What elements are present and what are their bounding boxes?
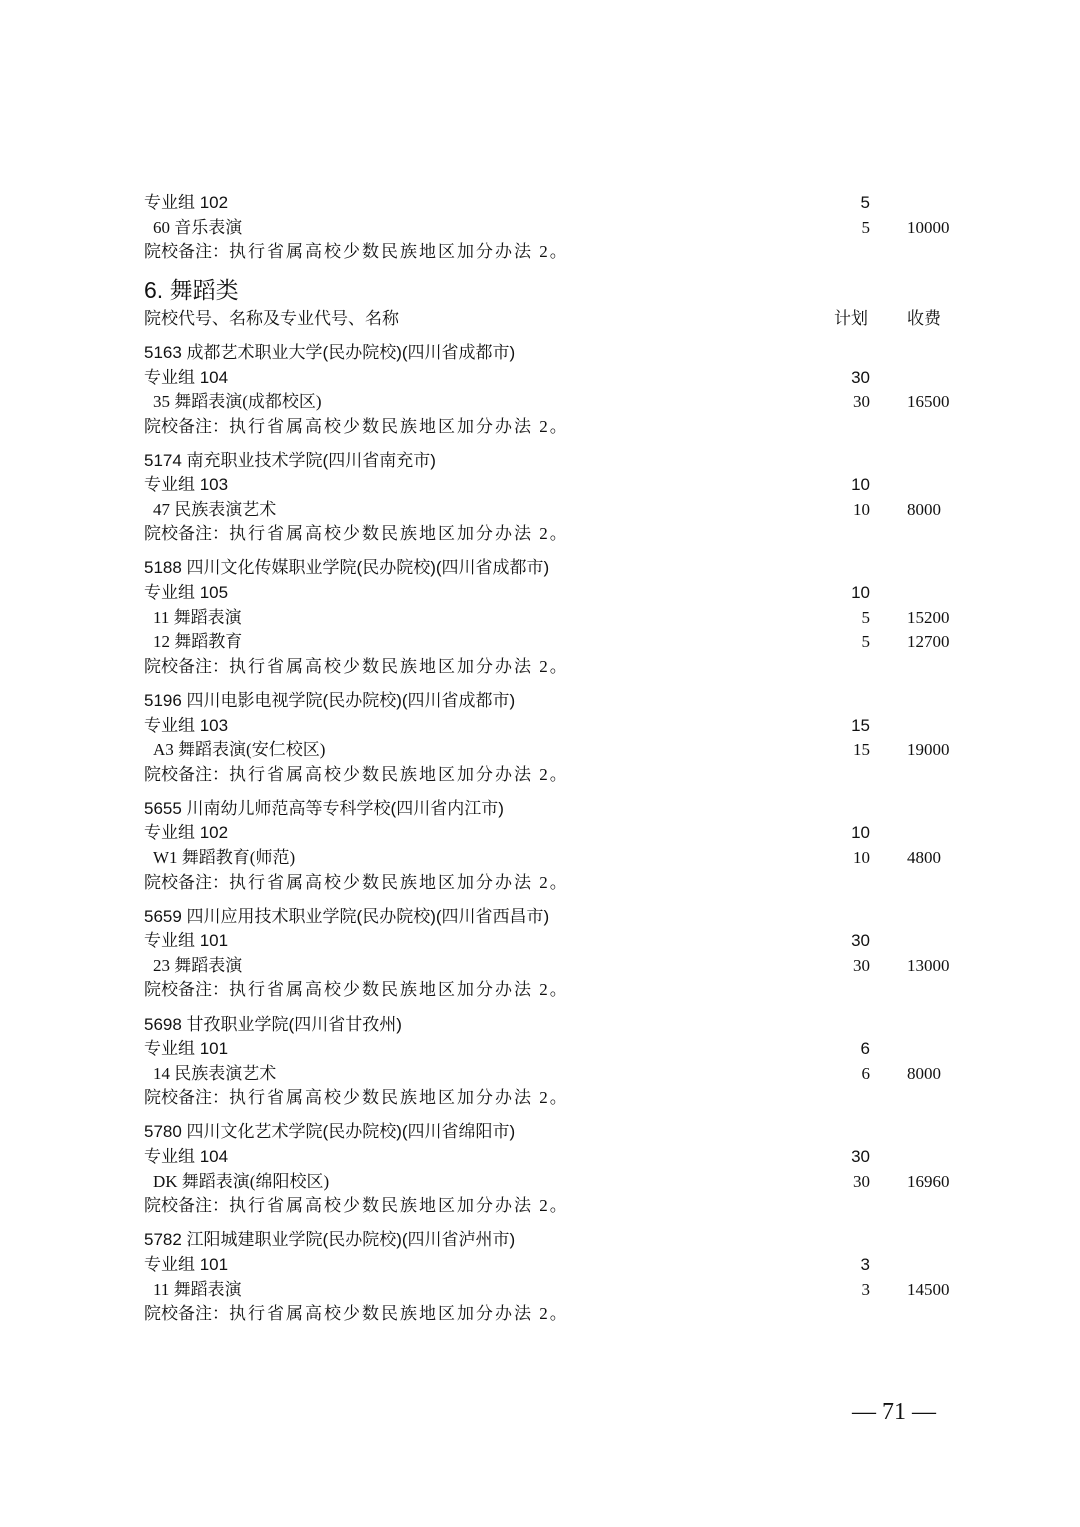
school-title: 5196 四川电影电视学院(民办院校)(四川省成都市) xyxy=(144,688,964,713)
school-title: 5780 四川文化艺术学院(民办院校)(四川省绵阳市) xyxy=(144,1119,964,1144)
major-plan: 3 xyxy=(862,1277,871,1302)
school-note: 院校备注：执行省属高校少数民族地区加分办法 2。 xyxy=(144,654,964,679)
major-row: A3 舞蹈表演(安仁校区) 15 19000 xyxy=(144,737,964,762)
column-header-name: 院校代号、名称及专业代号、名称 xyxy=(144,306,399,331)
note-label: 院校备注： xyxy=(144,417,229,436)
section-title: 6. 舞蹈类 xyxy=(144,275,239,305)
school-note: 院校备注：执行省属高校少数民族地区加分办法 2。 xyxy=(144,870,964,895)
group-plan: 5 xyxy=(861,190,870,215)
group-plan: 30 xyxy=(851,365,870,390)
major-label: 35 舞蹈表演(成都校区) xyxy=(153,389,322,414)
note-text: 执行省属高校少数民族地区加分办法 2。 xyxy=(229,524,569,543)
note-label: 院校备注： xyxy=(144,1088,229,1107)
group-label: 专业组 101 xyxy=(144,928,228,953)
major-fee: 13000 xyxy=(907,953,950,978)
group-plan: 3 xyxy=(861,1252,870,1277)
group-row: 专业组 101 6 xyxy=(144,1036,964,1061)
group-row: 专业组 103 10 xyxy=(144,472,964,497)
school-note: 院校备注：执行省属高校少数民族地区加分办法 2。 xyxy=(144,977,964,1002)
column-header-plan: 计划 xyxy=(834,306,868,331)
major-plan: 6 xyxy=(862,1061,871,1086)
group-label: 专业组 102 xyxy=(144,820,228,845)
major-plan: 30 xyxy=(853,953,870,978)
major-fee: 16960 xyxy=(907,1169,950,1194)
note-text: 执行省属高校少数民族地区加分办法 2。 xyxy=(229,1088,569,1107)
note-label: 院校备注： xyxy=(144,980,229,999)
group-row: 专业组 101 30 xyxy=(144,928,964,953)
major-label: 12 舞蹈教育 xyxy=(153,629,242,654)
note-label: 院校备注： xyxy=(144,765,229,784)
major-row: 12 舞蹈教育 5 12700 xyxy=(144,629,964,654)
group-row: 专业组 102 10 xyxy=(144,820,964,845)
group-label: 专业组 104 xyxy=(144,365,228,390)
major-row: W1 舞蹈教育(师范) 10 4800 xyxy=(144,845,964,870)
group-row: 专业组 105 10 xyxy=(144,580,964,605)
note-label: 院校备注： xyxy=(144,524,229,543)
major-label: 23 舞蹈表演 xyxy=(153,953,242,978)
group-label: 专业组 104 xyxy=(144,1144,228,1169)
major-label: 60 音乐表演 xyxy=(153,215,242,240)
group-label: 专业组 103 xyxy=(144,713,228,738)
group-label: 专业组 101 xyxy=(144,1252,228,1277)
major-fee: 16500 xyxy=(907,389,950,414)
major-plan: 5 xyxy=(862,629,871,654)
school-note: 院校备注：执行省属高校少数民族地区加分办法 2。 xyxy=(144,521,964,546)
major-fee: 4800 xyxy=(907,845,941,870)
major-label: A3 舞蹈表演(安仁校区) xyxy=(153,737,325,762)
major-plan: 10 xyxy=(853,497,870,522)
note-text: 执行省属高校少数民族地区加分办法 2。 xyxy=(229,765,569,784)
major-label: 11 舞蹈表演 xyxy=(153,1277,242,1302)
school-note: 院校备注：执行省属高校少数民族地区加分办法 2。 xyxy=(144,1301,964,1326)
school-title: 5655 川南幼儿师范高等专科学校(四川省内江市) xyxy=(144,796,964,821)
major-label: 11 舞蹈表演 xyxy=(153,605,242,630)
note-text: 执行省属高校少数民族地区加分办法 2。 xyxy=(229,1196,569,1215)
note-label: 院校备注： xyxy=(144,1196,229,1215)
major-row: 35 舞蹈表演(成都校区) 30 16500 xyxy=(144,389,964,414)
major-row: 14 民族表演艺术 6 8000 xyxy=(144,1061,964,1086)
major-row: 60 音乐表演 5 10000 xyxy=(144,215,964,240)
group-plan: 30 xyxy=(851,928,870,953)
note-label: 院校备注： xyxy=(144,242,229,261)
school-title: 5188 四川文化传媒职业学院(民办院校)(四川省成都市) xyxy=(144,555,964,580)
school-note: 院校备注：执行省属高校少数民族地区加分办法 2。 xyxy=(144,762,964,787)
school-title: 5659 四川应用技术职业学院(民办院校)(四川省西昌市) xyxy=(144,904,964,929)
school-title: 5163 成都艺术职业大学(民办院校)(四川省成都市) xyxy=(144,340,964,365)
major-row: 11 舞蹈表演 3 14500 xyxy=(144,1277,964,1302)
major-row: 11 舞蹈表演 5 15200 xyxy=(144,605,964,630)
column-header-row: 院校代号、名称及专业代号、名称 计划 收费 xyxy=(144,306,964,331)
group-plan: 30 xyxy=(851,1144,870,1169)
major-plan: 30 xyxy=(853,1169,870,1194)
group-plan: 10 xyxy=(851,580,870,605)
group-row: 专业组 103 15 xyxy=(144,713,964,738)
school-note: 院校备注：执行省属高校少数民族地区加分办法 2。 xyxy=(144,414,964,439)
major-row: 47 民族表演艺术 10 8000 xyxy=(144,497,964,522)
note-text: 执行省属高校少数民族地区加分办法 2。 xyxy=(229,242,569,261)
major-fee: 12700 xyxy=(907,629,950,654)
note-label: 院校备注： xyxy=(144,1304,229,1323)
group-label: 专业组 105 xyxy=(144,580,228,605)
major-plan: 15 xyxy=(853,737,870,762)
school-note: 院校备注：执行省属高校少数民族地区加分办法 2。 xyxy=(144,1193,964,1218)
group-row: 专业组 104 30 xyxy=(144,1144,964,1169)
group-plan: 10 xyxy=(851,472,870,497)
major-plan: 5 xyxy=(862,215,871,240)
note-text: 执行省属高校少数民族地区加分办法 2。 xyxy=(229,873,569,892)
major-fee: 15200 xyxy=(907,605,950,630)
major-plan: 10 xyxy=(853,845,870,870)
group-row: 专业组 104 30 xyxy=(144,365,964,390)
group-plan: 6 xyxy=(861,1036,870,1061)
major-plan: 5 xyxy=(862,605,871,630)
group-label: 专业组 102 xyxy=(144,190,228,215)
note-text: 执行省属高校少数民族地区加分办法 2。 xyxy=(229,1304,569,1323)
major-row: 23 舞蹈表演 30 13000 xyxy=(144,953,964,978)
group-label: 专业组 103 xyxy=(144,472,228,497)
group-plan: 15 xyxy=(851,713,870,738)
major-label: DK 舞蹈表演(绵阳校区) xyxy=(153,1169,329,1194)
note-text: 执行省属高校少数民族地区加分办法 2。 xyxy=(229,657,569,676)
note-text: 执行省属高校少数民族地区加分办法 2。 xyxy=(229,980,569,999)
major-fee: 19000 xyxy=(907,737,950,762)
group-row: 专业组 101 3 xyxy=(144,1252,964,1277)
group-row: 专业组 102 5 xyxy=(144,190,964,215)
major-label: W1 舞蹈教育(师范) xyxy=(153,845,295,870)
document-page: 专业组 102 5 60 音乐表演 5 10000 院校备注：执行省属高校少数民… xyxy=(0,0,1080,1527)
note-text: 执行省属高校少数民族地区加分办法 2。 xyxy=(229,417,569,436)
school-title: 5174 南充职业技术学院(四川省南充市) xyxy=(144,448,964,473)
school-title: 5698 甘孜职业学院(四川省甘孜州) xyxy=(144,1012,964,1037)
group-label: 专业组 101 xyxy=(144,1036,228,1061)
school-note: 院校备注：执行省属高校少数民族地区加分办法 2。 xyxy=(144,239,964,264)
group-plan: 10 xyxy=(851,820,870,845)
major-fee: 14500 xyxy=(907,1277,950,1302)
note-label: 院校备注： xyxy=(144,657,229,676)
school-note: 院校备注：执行省属高校少数民族地区加分办法 2。 xyxy=(144,1085,964,1110)
note-label: 院校备注： xyxy=(144,873,229,892)
major-fee: 8000 xyxy=(907,497,941,522)
school-title: 5782 江阳城建职业学院(民办院校)(四川省泸州市) xyxy=(144,1227,964,1252)
major-label: 47 民族表演艺术 xyxy=(153,497,276,522)
major-row: DK 舞蹈表演(绵阳校区) 30 16960 xyxy=(144,1169,964,1194)
major-fee: 10000 xyxy=(907,215,950,240)
column-header-fee: 收费 xyxy=(907,306,941,331)
major-fee: 8000 xyxy=(907,1061,941,1086)
major-plan: 30 xyxy=(853,389,870,414)
major-label: 14 民族表演艺术 xyxy=(153,1061,276,1086)
page-number: — 71 — xyxy=(844,1397,944,1427)
